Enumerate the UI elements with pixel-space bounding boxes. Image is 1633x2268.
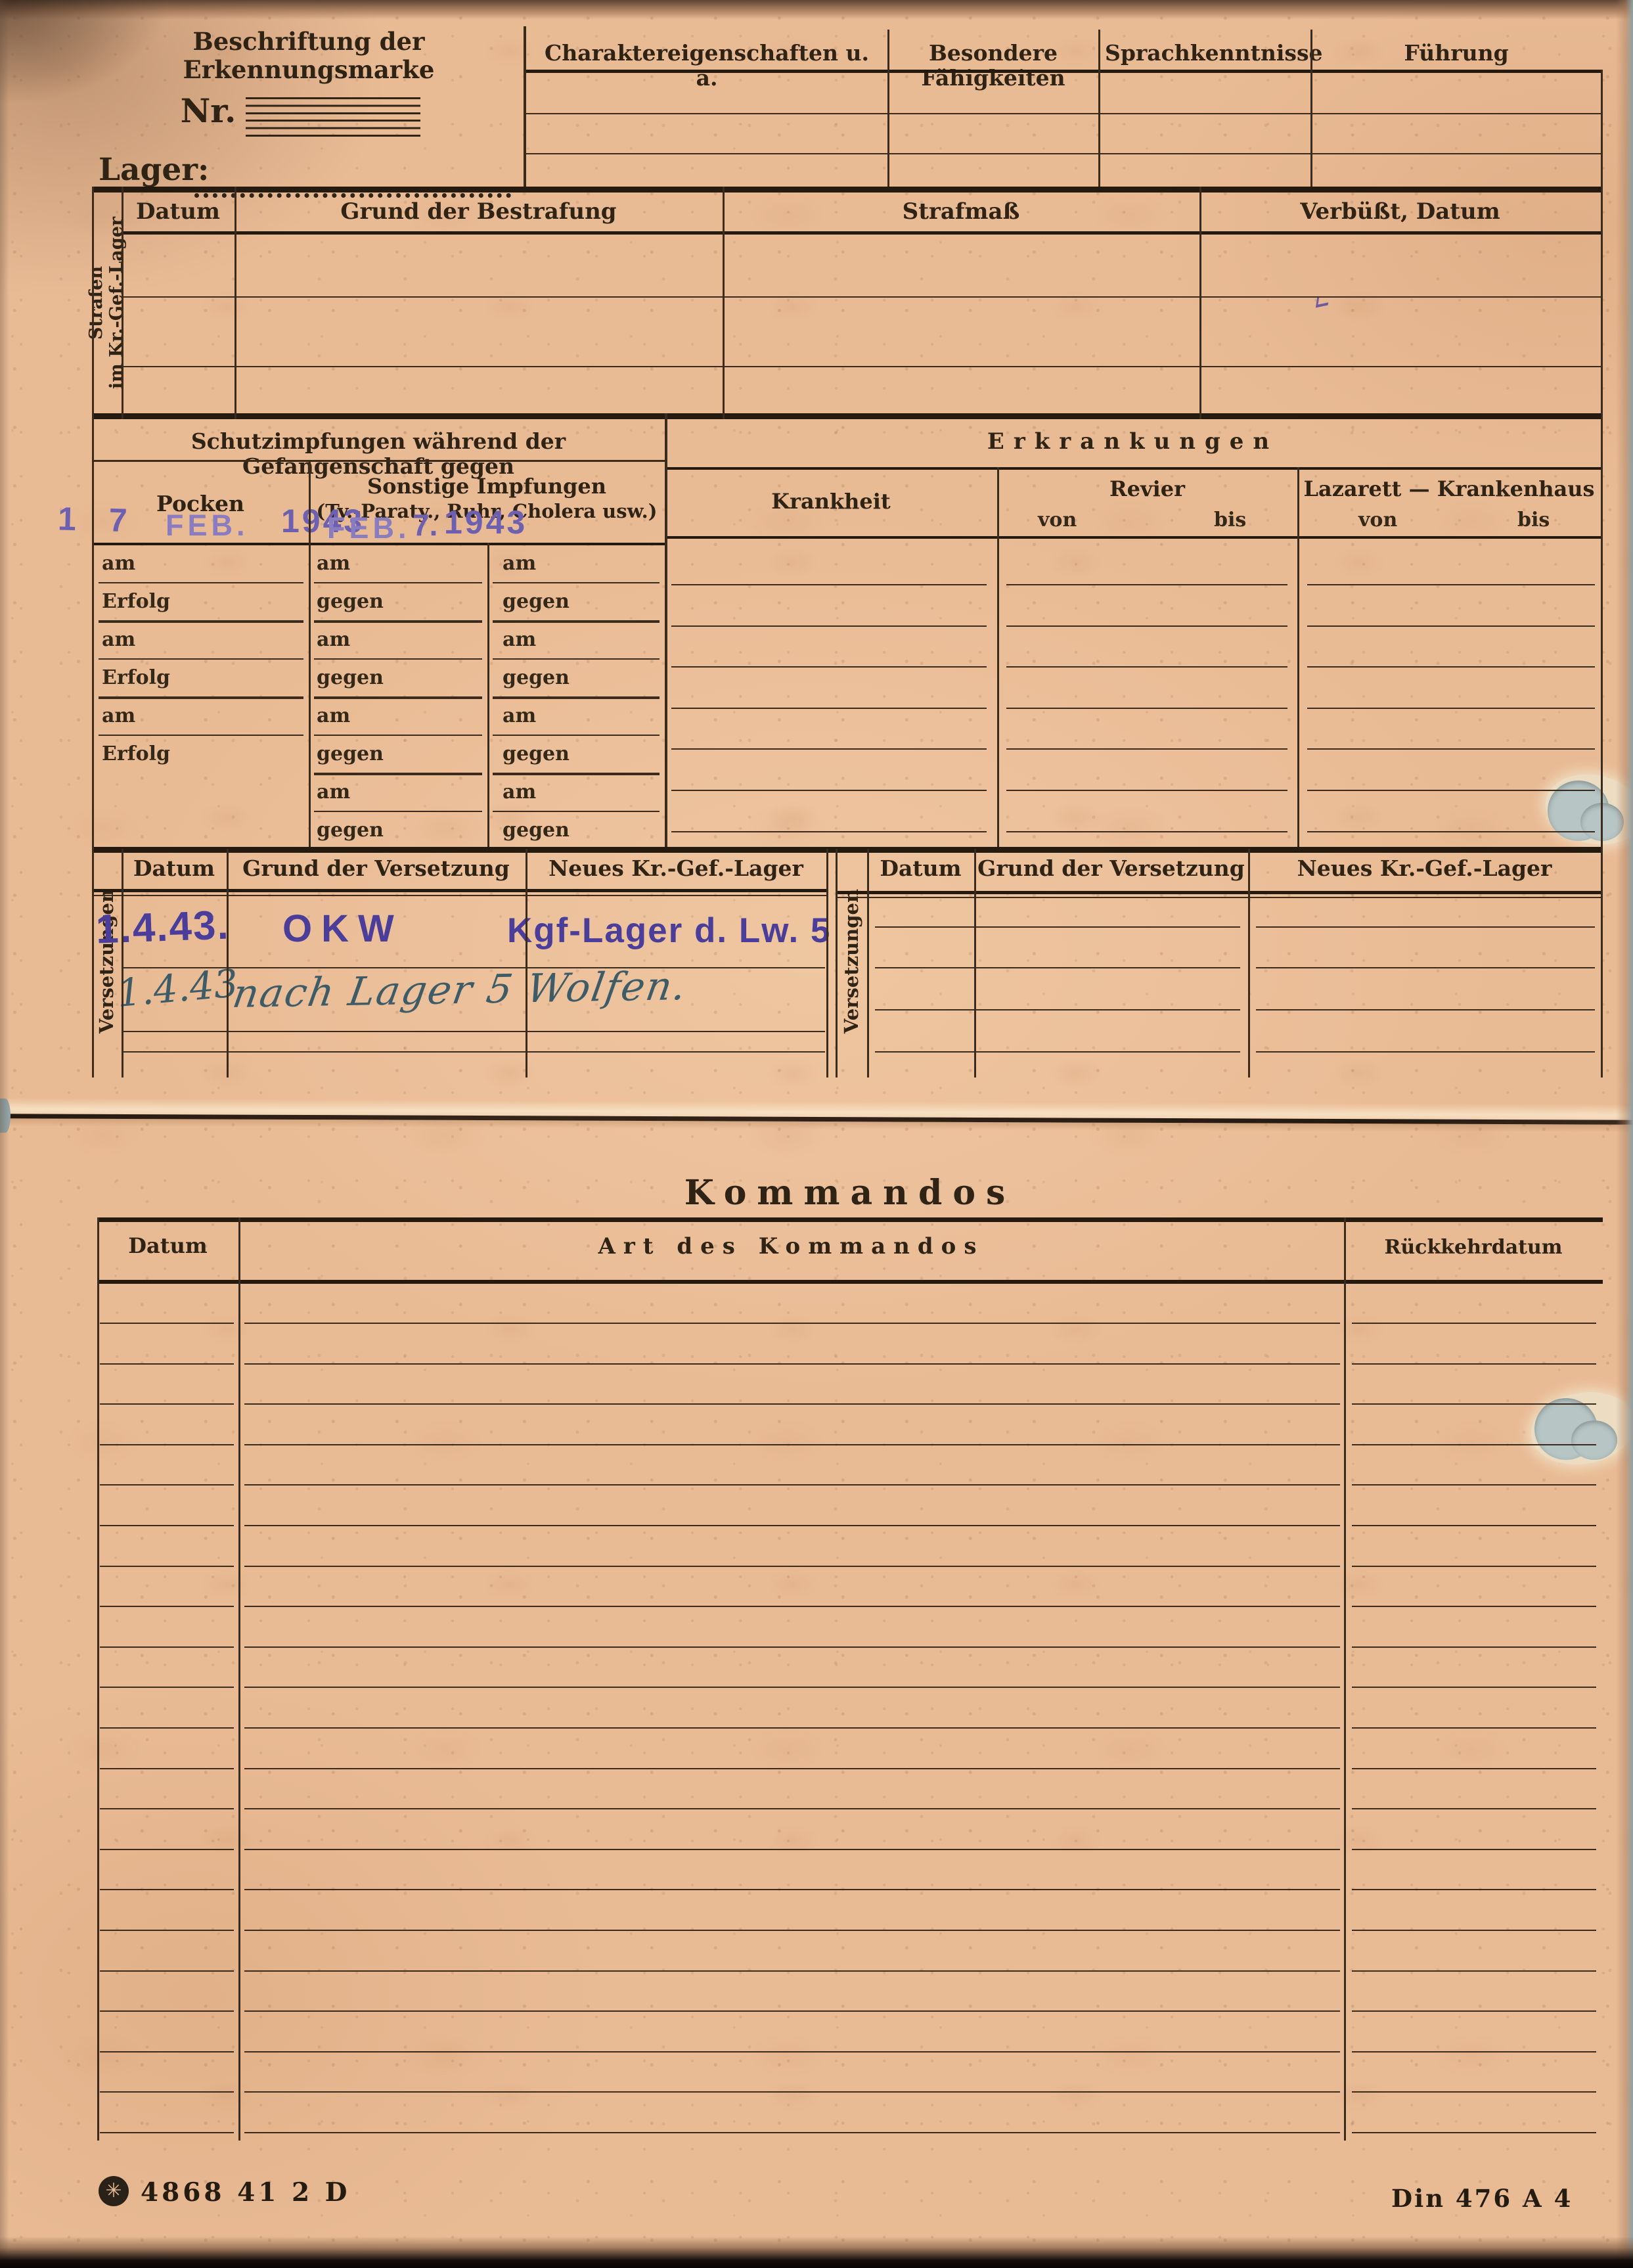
id-block-title: Beschriftung der Erkennungsmarke: [158, 28, 460, 83]
punishments-col-measure: Strafmaß: [723, 199, 1199, 225]
footer-print-code: 4868 41 2 D: [141, 2177, 351, 2208]
table-divider: [524, 26, 526, 187]
kommandos-col-type: Art des Kommandos: [238, 1234, 1344, 1259]
vaccinations-col-other-line1: Sonstige Impfungen: [309, 474, 665, 499]
transfers-left-side-label: Versetzungen: [95, 830, 118, 1093]
ruled-line: [244, 1727, 1340, 1729]
cell-label: Erfolg: [102, 666, 170, 689]
ruled-line: [100, 1566, 234, 1567]
ruled-line: [1352, 2132, 1596, 2133]
id-number-write-lines: [246, 97, 420, 137]
ruled-line: [1256, 967, 1595, 968]
cell-label: gegen: [503, 742, 570, 765]
traits-col-languages: Sprachkenntnisse: [1105, 41, 1305, 66]
ruled-line: [244, 1768, 1340, 1769]
ruled-line: [1352, 1727, 1596, 1729]
ruled-line: [100, 2132, 234, 2133]
ruled-line: [671, 708, 987, 709]
table-divider: [487, 543, 489, 847]
ruled-line: [1352, 1808, 1596, 1809]
ruled-line: [1352, 2010, 1596, 2012]
vaccinations-title: Schutzimpfungen während der Gefangenscha…: [92, 429, 665, 479]
table-divider: [723, 187, 725, 419]
ruled-line: [244, 1889, 1340, 1890]
ruled-line: [244, 1606, 1340, 1607]
ruled-line: [100, 1727, 234, 1729]
ruled-line: [122, 366, 1601, 367]
ruled-line: [100, 2010, 234, 2012]
ruled-line: [92, 187, 1603, 193]
ruled-line: [122, 296, 1601, 298]
ruled-line: [1006, 708, 1287, 709]
ruled-line: [314, 696, 482, 699]
table-divider: [92, 187, 94, 1077]
ruled-line: [92, 543, 665, 545]
ruled-line: [665, 536, 1601, 539]
transfer-stamp-date: 1.4.43.: [95, 901, 231, 953]
cell-label: am: [102, 704, 135, 727]
scan-corner-shadow: [0, 0, 171, 105]
ruled-line: [244, 2010, 1340, 2012]
table-divider: [122, 849, 123, 1077]
ruled-line: [493, 658, 660, 660]
ruled-line: [99, 582, 303, 583]
ruled-line: [100, 1444, 234, 1445]
cell-label: gegen: [317, 666, 384, 689]
table-divider: [122, 187, 123, 419]
ruled-line: [100, 2091, 234, 2093]
ruled-line: [493, 582, 660, 583]
ruled-line: [92, 413, 1603, 419]
ruled-line: [244, 1646, 1340, 1648]
cell-label: am: [503, 704, 536, 727]
ruled-line: [100, 1889, 234, 1890]
ruled-line: [100, 1808, 234, 1809]
ruled-line: [1307, 584, 1595, 585]
ruled-line: [99, 620, 303, 623]
footer-din-code: Din 476 A 4: [1391, 2184, 1573, 2213]
ruled-line: [314, 582, 482, 583]
other-stamp-year: 1943: [444, 503, 527, 541]
ruled-line: [526, 113, 1601, 114]
cell-label: Erfolg: [102, 742, 170, 765]
ruled-line: [1352, 1849, 1596, 1850]
table-divider: [1248, 849, 1250, 1077]
ruled-line: [1352, 1889, 1596, 1890]
ruled-line: [1352, 1606, 1596, 1607]
cell-label: am: [503, 628, 536, 651]
cell-label: am: [317, 552, 350, 575]
ruled-line: [671, 831, 987, 832]
ruled-line: [493, 811, 660, 812]
ruled-line: [493, 696, 660, 699]
punishments-col-served: Verbüßt, Datum: [1199, 199, 1601, 225]
table-divider: [1601, 70, 1603, 1077]
ruled-line: [100, 1323, 234, 1324]
table-divider: [867, 849, 869, 1077]
table-divider: [1310, 30, 1312, 187]
ruled-line: [244, 1484, 1340, 1486]
ruled-line: [100, 1687, 234, 1688]
cell-label: gegen: [503, 666, 570, 689]
table-divider: [836, 849, 838, 1077]
ruled-line: [244, 2132, 1340, 2133]
ruled-line: [1352, 2091, 1596, 2093]
ruled-line: [665, 467, 1601, 470]
id-number-label: Nr.: [172, 92, 244, 130]
ruled-line: [1352, 1566, 1596, 1567]
pox-stamp-day: 1 7: [57, 499, 139, 539]
cell-label: am: [102, 628, 135, 651]
lazarett-bis-label: bis: [1517, 509, 1550, 532]
cell-label: gegen: [503, 819, 570, 842]
illnesses-col-disease: Krankheit: [665, 489, 997, 514]
table-divider: [235, 187, 236, 419]
ruled-line: [244, 1970, 1340, 1972]
traits-col-abilities: Besondere Fähigkeiten: [894, 41, 1092, 91]
kommandos-col-return: Rückkehrdatum: [1344, 1236, 1603, 1259]
ruled-line: [92, 460, 665, 462]
table-divider: [227, 849, 229, 1077]
ruled-line: [1006, 666, 1287, 668]
cell-label: gegen: [503, 590, 570, 613]
ruled-line: [671, 790, 987, 791]
cell-label: Erfolg: [102, 590, 170, 613]
cell-label: am: [503, 781, 536, 804]
ruled-line: [100, 1930, 234, 1931]
table-divider: [526, 849, 527, 1077]
ruled-line: [100, 1646, 234, 1648]
transfers-right-col-new-camp: Neues Kr.-Gef.-Lager: [1248, 856, 1601, 881]
ruled-line: [244, 2051, 1340, 2053]
ruled-line: [526, 153, 1601, 154]
cell-label: am: [317, 704, 350, 727]
ruled-line: [671, 666, 987, 668]
ruled-line: [314, 620, 482, 623]
punch-hole: [1571, 1420, 1617, 1460]
table-divider: [887, 30, 889, 187]
ruled-line: [244, 1323, 1340, 1324]
transfers-left-col-reason: Grund der Versetzung: [227, 856, 526, 881]
ruled-line: [244, 1808, 1340, 1809]
paper-texture: [0, 0, 1633, 2268]
table-divider: [97, 1217, 99, 2141]
ruled-line: [100, 1525, 234, 1526]
ruled-line: [100, 1970, 234, 1972]
ruled-line: [244, 1403, 1340, 1405]
ruled-line: [1352, 1363, 1596, 1365]
table-divider: [997, 467, 999, 847]
cell-label: gegen: [317, 742, 384, 765]
table-divider: [238, 1217, 240, 2141]
ruled-line: [244, 1687, 1340, 1688]
ruled-line: [100, 1363, 234, 1365]
ruled-line: [1352, 2051, 1596, 2053]
pox-stamp-extra-day: 7.: [413, 507, 437, 543]
table-divider: [665, 413, 667, 847]
ruled-line: [244, 1363, 1340, 1365]
ruled-line: [1352, 1403, 1596, 1405]
transfers-right-col-reason: Grund der Versetzung: [974, 856, 1248, 881]
camp-dotted-line: [194, 166, 511, 198]
ruled-line: [100, 1403, 234, 1405]
ruled-line: [1307, 708, 1595, 709]
ruled-line: [244, 1849, 1340, 1850]
ruled-line: [1352, 1646, 1596, 1648]
ruled-line: [314, 773, 482, 775]
transfer-hand-text: nach Lager 5 Wolfen.: [229, 963, 690, 1017]
illnesses-col-revier: Revier: [997, 477, 1297, 501]
ruled-line: [92, 889, 826, 892]
lazarett-von-label: von: [1358, 509, 1397, 532]
punishments-col-reason: Grund der Bestrafung: [235, 199, 723, 225]
table-divider: [1344, 1217, 1346, 2141]
ruled-line: [1352, 1930, 1596, 1931]
table-divider: [1098, 30, 1100, 187]
ruled-line: [875, 926, 1240, 928]
ruled-line: [1352, 1768, 1596, 1769]
ruled-line: [1006, 790, 1287, 791]
pox-stamp-month: FEB.: [166, 509, 249, 543]
ruled-line: [99, 696, 303, 699]
punishments-col-date: Datum: [122, 199, 235, 225]
ruled-line: [1352, 1444, 1596, 1445]
ruled-line: [493, 773, 660, 775]
transfer-stamp-new-camp: Kgf-Lager d. Lw. 5: [507, 911, 831, 951]
cell-label: am: [503, 552, 536, 575]
ruled-line: [97, 1280, 1603, 1284]
ruled-line: [100, 1484, 234, 1486]
ruled-line: [493, 735, 660, 736]
ruled-line: [1352, 1970, 1596, 1972]
ruled-line: [1256, 926, 1595, 928]
transfer-hand-date: 1.4.43: [115, 961, 240, 1016]
ruled-line: [97, 1217, 1603, 1222]
transfers-left-col-date: Datum: [122, 856, 227, 881]
ruled-line: [314, 658, 482, 660]
printer-emblem-icon: ✳: [99, 2176, 129, 2206]
table-divider: [309, 460, 311, 847]
pow-record-card: Beschriftung der Erkennungsmarke Nr. Lag…: [0, 0, 1633, 2268]
ruled-line: [99, 658, 303, 660]
ruled-line: [671, 625, 987, 627]
ruled-line: [671, 748, 987, 750]
ruled-line: [1352, 1323, 1596, 1324]
revier-bis-label: bis: [1214, 509, 1246, 532]
kommandos-title: Kommandos: [587, 1173, 1113, 1213]
ruled-line: [1006, 748, 1287, 750]
ruled-line: [1006, 625, 1287, 627]
cell-label: am: [317, 781, 350, 804]
ruled-line: [100, 1768, 234, 1769]
traits-col-characteristics: Charaktereigenschaften u. a.: [532, 41, 882, 91]
kommandos-col-date: Datum: [97, 1234, 238, 1258]
transfers-left-col-new-camp: Neues Kr.-Gef.-Lager: [526, 856, 826, 881]
cell-label: am: [102, 552, 135, 575]
table-divider: [974, 849, 976, 1077]
ruled-line: [1307, 625, 1595, 627]
ruled-line: [1256, 1009, 1595, 1010]
scan-edge-bottom: [0, 2236, 1633, 2268]
cell-label: gegen: [317, 819, 384, 842]
ruled-line: [875, 1051, 1240, 1053]
transfers-right-side-label: Versetzungen: [840, 830, 862, 1093]
ruled-line: [836, 897, 1601, 898]
ruled-line: [526, 70, 1601, 73]
ruled-line: [92, 847, 1603, 853]
ruled-line: [1307, 666, 1595, 668]
ruled-line: [122, 231, 1601, 235]
illnesses-title: Erkrankungen: [665, 429, 1601, 455]
illnesses-col-lazarett: Lazarett — Krankenhaus: [1297, 477, 1601, 501]
camp-label: Lager:: [99, 152, 197, 188]
ruled-line: [875, 1009, 1240, 1010]
ruled-line: [100, 2051, 234, 2053]
ruled-line: [1006, 584, 1287, 585]
scan-edge-right: [1616, 0, 1633, 2268]
ruled-line: [1307, 748, 1595, 750]
ruled-line: [244, 1566, 1340, 1567]
ruled-line: [493, 620, 660, 623]
ruled-line: [1256, 1051, 1595, 1053]
scan-edge-left: [0, 0, 9, 2268]
ruled-line: [1352, 1484, 1596, 1486]
transfers-right-col-date: Datum: [867, 856, 974, 881]
ruled-line: [671, 584, 987, 585]
ruled-line: [1352, 1687, 1596, 1688]
ruled-line: [99, 735, 303, 736]
ruled-line: [836, 891, 1601, 894]
other-stamp-month: FEB.: [327, 511, 411, 545]
transfer-stamp-reason: OKW: [282, 907, 403, 951]
cell-label: am: [317, 628, 350, 651]
revier-von-label: von: [1038, 509, 1077, 532]
ruled-line: [100, 1606, 234, 1607]
ruled-line: [244, 1525, 1340, 1526]
ruled-line: [314, 735, 482, 736]
ruled-line: [1307, 790, 1595, 791]
ruled-line: [314, 811, 482, 812]
traits-col-conduct: Führung: [1317, 41, 1596, 66]
table-divider: [1297, 467, 1299, 847]
ruled-line: [1006, 831, 1287, 832]
scan-edge-top: [0, 0, 1633, 20]
ruled-line: [244, 1930, 1340, 1931]
ruled-line: [100, 1849, 234, 1850]
table-divider: [1199, 187, 1201, 419]
cell-label: gegen: [317, 590, 384, 613]
ruled-line: [92, 895, 826, 896]
ruled-line: [244, 1444, 1340, 1445]
ruled-line: [1352, 1525, 1596, 1526]
ruled-line: [244, 2091, 1340, 2093]
ruled-line: [1307, 831, 1595, 832]
ruled-line: [875, 967, 1240, 968]
table-divider: [826, 849, 828, 1077]
